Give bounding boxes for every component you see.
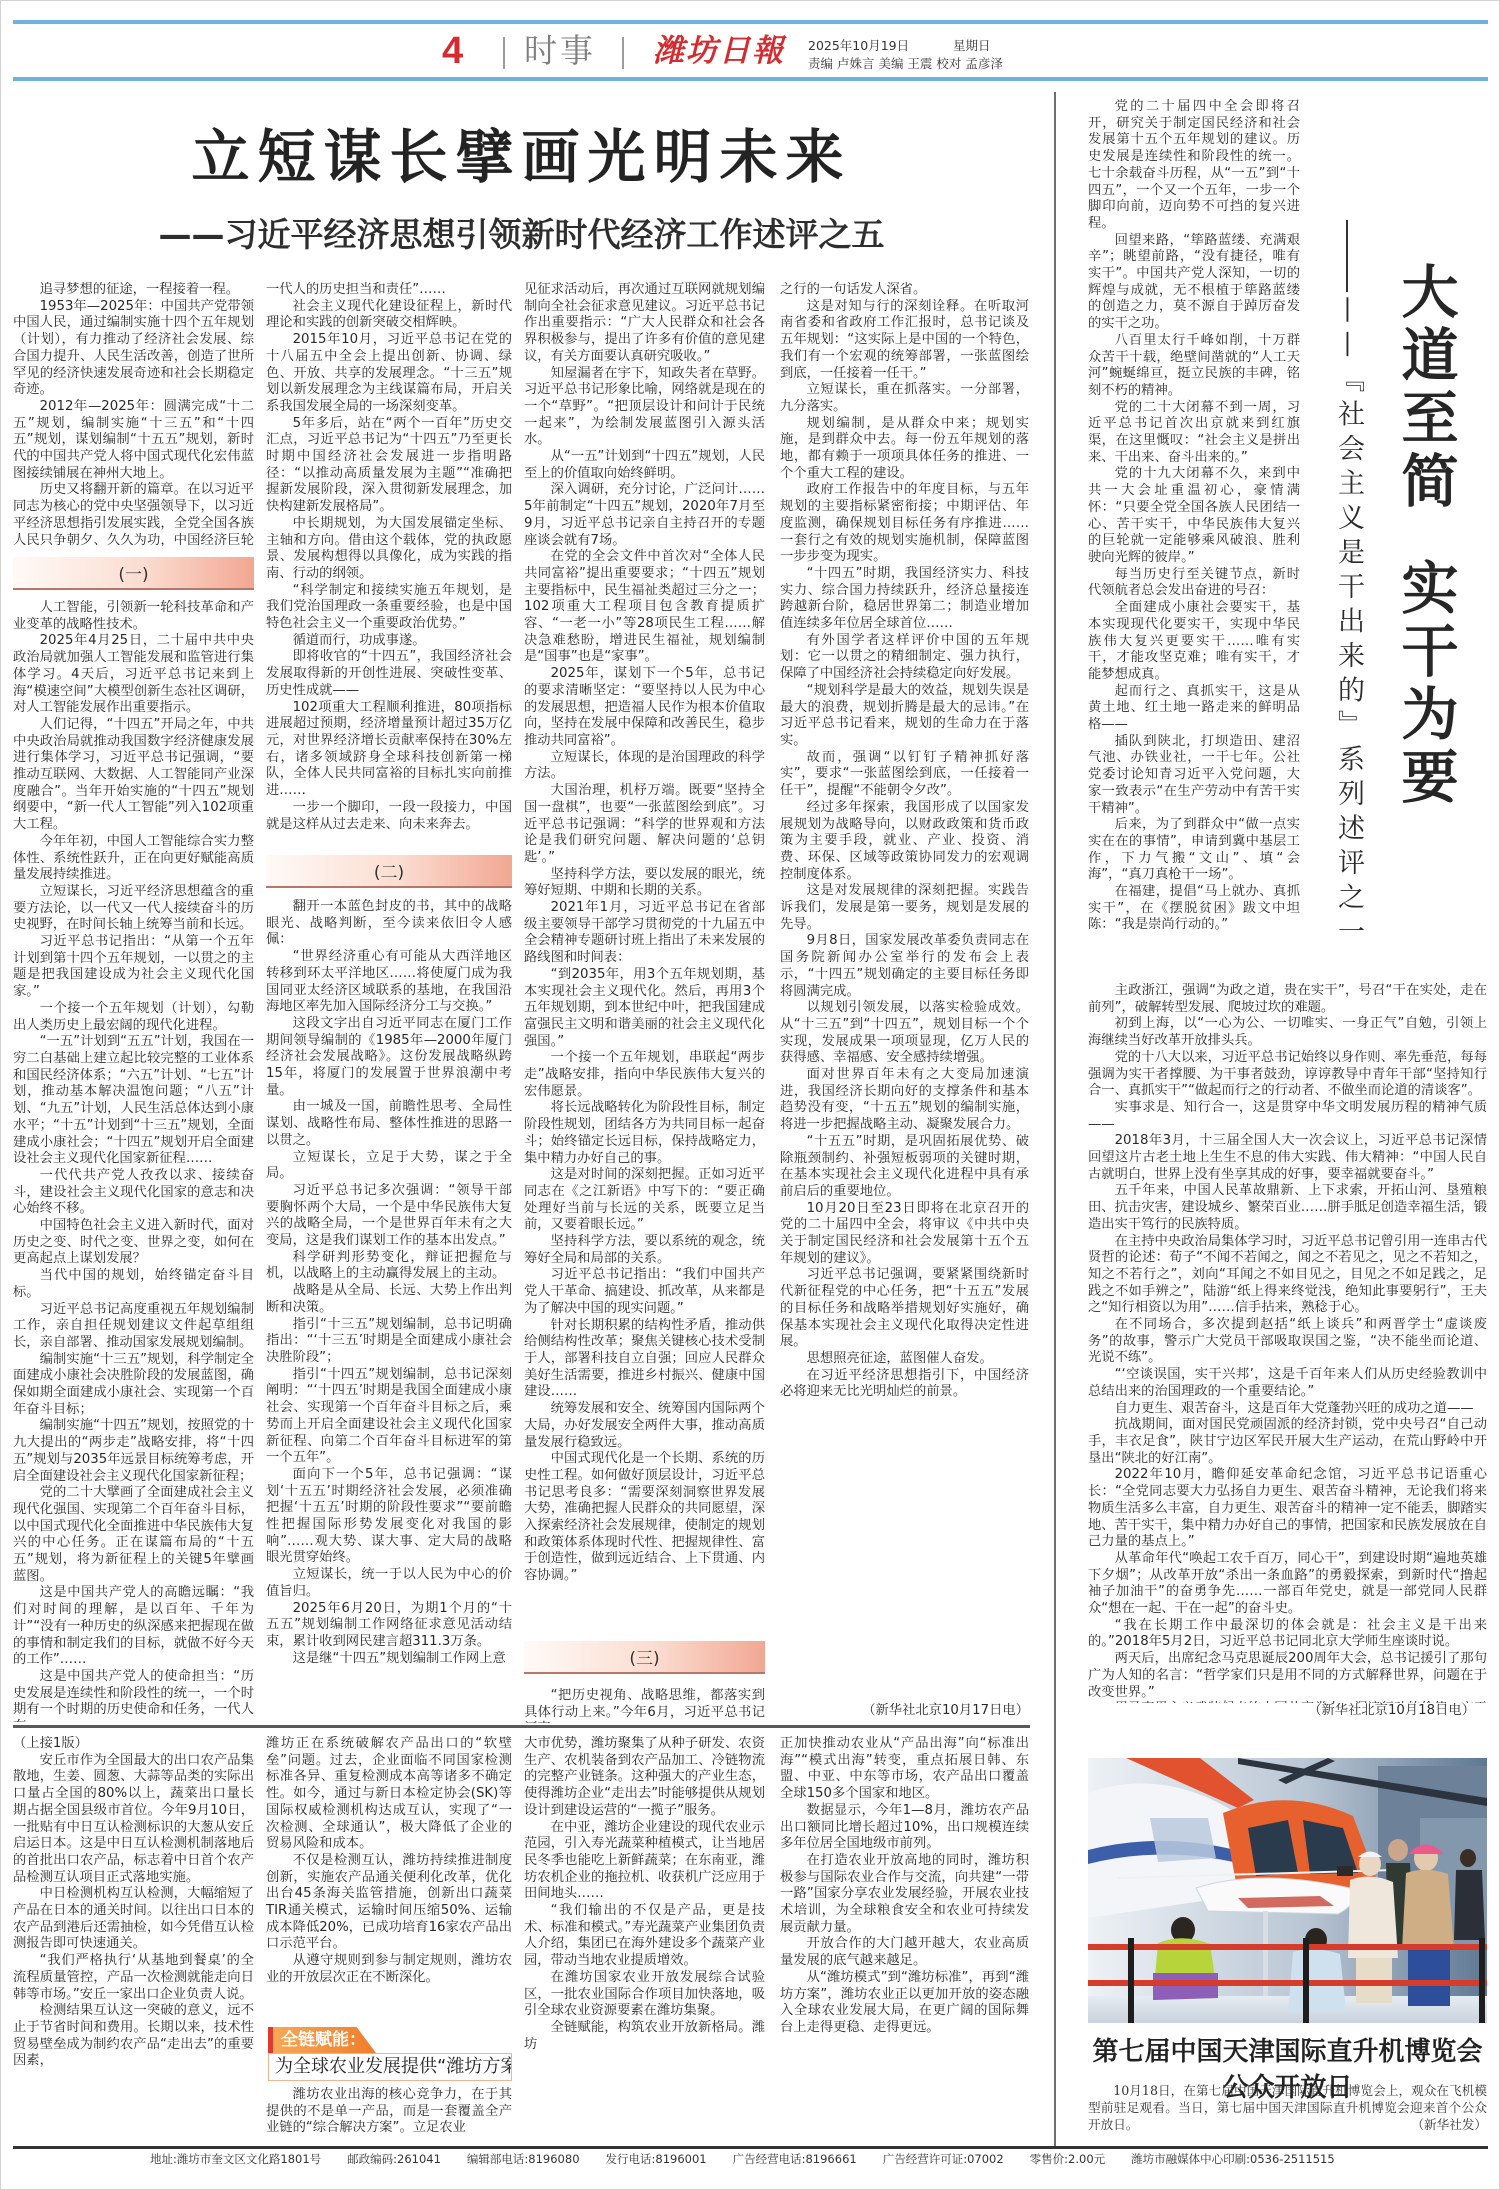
paragraph: “世界经济重心有可能从大西洋地区转移到环太平洋地区……将使厦门成为我国同亚太经济… — [266, 949, 512, 1016]
paragraph: 习近平总书记多次强调：“领导干部要胸怀两个大局，一个是中华民族伟大复兴的战略全局… — [266, 1183, 512, 1250]
article-dateline: （新华社北京10月17日电） — [780, 1703, 1029, 1720]
paragraph: 见征求活动后，再次通过互联网就规划编制向全社会征求意见建议。习近平总书记作出重要… — [524, 282, 765, 366]
article-column: 追寻梦想的征途，一程接着一程。1953年—2025年：中国共产党带领中国人民，通… — [13, 282, 254, 546]
paragraph: 历史又将翻开新的篇章。在以习近平同志为核心的党中央坚强领导下，以习近平经济思想指… — [13, 482, 254, 546]
article-column: （上接1版）安丘市作为全国最大的出口农产品集散地，生姜、圆葱、大蒜等品类的实际出… — [13, 1736, 254, 2136]
header-bottom-rule — [13, 77, 1488, 81]
paragraph: 2025年6月20日，为期1个月的“十五五”规划编制工作网络征求意见活动结束，累… — [266, 1601, 512, 1651]
article-column: 潍坊农业出海的核心竞争力，在于其提供的不是单一产品，而是一套覆盖全产业链的“综合… — [266, 2087, 512, 2138]
paragraph: 潍坊正在系统破解农产品出口的“软壁垒”问题。过去，企业面临不同国家检测标准各异、… — [266, 1736, 512, 1853]
paragraph: 2025年4月25日，二十届中共中央政治局就加强人工智能发展和监管进行集体学习。… — [13, 633, 254, 717]
paragraph: 每当历史行至关键节点，新时代领航者总会发出奋进的号召： — [1088, 567, 1300, 600]
paragraph: 习近平总书记指出：“我们中国共产党人干革命、搞建设、抓改革，从来都是为了解决中国… — [524, 1267, 765, 1317]
header-top-rule — [13, 20, 1488, 24]
paragraph: 这是中国共产党人的使命担当：“历史发展是连续性和阶段性的统一，一个时期有一个时期… — [13, 1669, 254, 1722]
paragraph: （上接1版） — [13, 1736, 254, 1753]
paragraph: 知屋漏者在宇下，知政失者在草野。习近平总书记形象比喻，网络就是现在的一个“草野”… — [524, 366, 765, 450]
article-column: “把历史视角、战略思维，都落实到具体行动上来。”今年6月，习近平总书记河南 — [524, 1688, 765, 1723]
paragraph: 规划编制，是从群众中来；规划实施，是到群众中去。每一份五年规划的落地，都有赖于一… — [780, 416, 1029, 483]
main-subheadline: ——习近平经济思想引领新时代经济工作述评之五 — [13, 215, 1030, 255]
paragraph: 从遵守规则到参与制定规则，潍坊农业的开放层次正在不断深化。 — [266, 1953, 512, 1986]
paragraph: 一代人的历史担当和责任”…… — [266, 282, 512, 299]
paragraph: 这是对时间的深刻把握。正如习近平同志在《之江新语》中写下的：“要正确处理好当前与… — [524, 1167, 765, 1234]
paragraph: 大国治理，机杼万端。既要“坚持全国一盘棋”，也要“一张蓝图绘到底”。习近平总书记… — [524, 783, 765, 867]
paragraph: 经过多年探索，我国形成了以国家发展规划为战略导向，以财政政策和货币政策为主要手段… — [780, 800, 1029, 884]
paragraph: “我们输出的不仅是产品，更是技术、标准和模式。”寿光蔬菜产业集团负责人介绍，集团… — [524, 1903, 765, 1970]
subtitle-dash-rule — [1346, 220, 1348, 292]
article-column: 潍坊正在系统破解农产品出口的“软壁垒”问题。过去，企业面临不同国家检测标准各异、… — [266, 1736, 512, 2022]
paragraph: 追寻梦想的征途，一程接着一程。 — [13, 282, 254, 299]
paragraph: 由一城及一国，前瞻性思考、全局性谋划、战略性布局、整体性推进的思路一以贯之。 — [266, 1099, 512, 1149]
section-header: (三) — [524, 1641, 765, 1674]
paragraph: 党的十八大以来，习近平总书记始终以身作则、率先垂范，每每强调为实干者撑腰、为干事… — [1088, 1050, 1487, 1100]
article-column: 正加快推动农业从“产品出海”向“标准出海”“模式出海”转变，重点拓展日韩、东盟、… — [780, 1736, 1029, 2136]
side-article-dateline: （新华社北京10月18日电） — [1088, 1703, 1475, 1720]
paragraph: 自力更生、艰苦奋斗，这是百年大党蓬勃兴旺的成功之道—— — [1088, 1401, 1487, 1418]
paragraph: 一代代共产党人孜孜以求、接续奋斗，建设社会主义现代化国家的意志和决心始终不移。 — [13, 1168, 254, 1218]
paragraph: 今年年初，中国人工智能综合实力整体性、系统性跃升，正在向更好赋能高质量发展持续推… — [13, 834, 254, 884]
paragraph: “我们严格执行‘从基地到餐桌’的全流程质量管控，产品一次检测就能走向日韩等市场。… — [13, 1953, 254, 2003]
paragraph: 安丘市作为全国最大的出口农产品集散地，生姜、圆葱、大蒜等品类的实际出口量占全国的… — [13, 1753, 254, 1887]
paragraph: 人工智能，引领新一轮科技革命和产业变革的战略性技术。 — [13, 600, 254, 633]
paragraph: 在潍坊国家农业开放发展综合试验区，一批农业国际合作项目加快落地，吸引全球农业资源… — [524, 1970, 765, 2020]
paragraph: 2015年10月，习近平总书记在党的十八届五中全会上提出创新、协调、绿色、开放、… — [266, 332, 512, 416]
paragraph: “到2035年，用3个五年规划期，基本实现社会主义现代化。然后，再用3个五年规划… — [524, 967, 765, 1051]
paragraph: 即将收官的“十四五”，我国经济社会发展取得新的开创性进展、突破性变革、历史性成就… — [266, 649, 512, 699]
paragraph: 翻开一本蓝色封皮的书，其中的战略眼光、战略判断，至今读来依旧令人感佩： — [266, 899, 512, 949]
main-headline: 立短谋长擘画光明未来 — [13, 122, 1030, 192]
paragraph: 这是对发展规律的深刻把握。实践告诉我们，发展是第一要务，规划是发展的先导。 — [780, 883, 1029, 933]
paragraph: 有外国学者这样评价中国的五年规划：它一以贯之的精细制定、强力执行，保障了中国经济… — [780, 633, 1029, 683]
paragraph: 抗战期间，面对国民党顽固派的经济封锁，党中央号召“自己动手，丰衣足食”，陕甘宁边… — [1088, 1417, 1487, 1467]
paragraph: 在打造农业开放高地的同时，潍坊积极参与国际农业合作与交流，向共建“一带一路”国家… — [780, 1853, 1029, 1937]
footer-item: 编辑部电话:8196080 — [467, 2152, 580, 2166]
paragraph: 中长期规划，为大国发展锚定坐标、主轴和方向。借由这个载体，党的执政愿景、发展构想… — [266, 516, 512, 583]
article-column: 人工智能，引领新一轮科技革命和产业变革的战略性技术。2025年4月25日，二十届… — [13, 600, 254, 1722]
paragraph: 2012年—2025年：圆满完成“十二五”规划，编制实施“十三五”和“十四五”规… — [13, 399, 254, 483]
paragraph: 立短谋长，重在抓落实。一分部署，九分落实。 — [780, 382, 1029, 415]
paragraph: 人们记得，“十四五”开局之年，中共中央政治局就推动我国数字经济健康发展进行集体学… — [13, 717, 254, 834]
section-header: (二) — [266, 855, 512, 888]
side-article-headline-part2: 实干为要 — [1395, 558, 1455, 810]
article-column: 翻开一本蓝色封皮的书，其中的战略眼光、战略判断，至今读来依旧令人感佩：“世界经济… — [266, 899, 512, 1722]
paragraph: 习近平总书记指出：“从第一个五年计划到第十四个五年规划，一以贯之的主题是把我国建… — [13, 934, 254, 1001]
paragraph: 立短谋长，习近平经济思想蕴含的重要方法论，以一代又一代人接续奋斗的历史视野，在时… — [13, 884, 254, 934]
paragraph: 之行的一句话发人深省。 — [780, 282, 1029, 299]
paragraph: 后来，为了到群众中“做一点实实在在的事情”，申请到冀中基层工作，下力气搬“文山”… — [1088, 817, 1300, 884]
side-article-column: 主政浙江，强调“为政之道，贵在实干”，号召“干在实处，走在前列”，破解转型发展、… — [1088, 983, 1487, 1703]
paragraph: “一五”计划到“五五”计划，我国在一穷二白基础上建立起比较完整的工业体系和国民经… — [13, 1034, 254, 1168]
article-separator-rule — [13, 1725, 1030, 1728]
paragraph: 全链赋能，构筑农业开放新格局。潍坊 — [524, 2020, 765, 2053]
paragraph: 2022年10月，瞻仰延安革命纪念馆，习近平总书记语重心长：“全党同志要大力弘扬… — [1088, 1467, 1487, 1551]
paragraph: 2025年，谋划下一个5年，总书记的要求清晰坚定：“要坚持以人民为中心的发展思想… — [524, 666, 765, 750]
footer-item: 广告经营电话:8196661 — [733, 2152, 857, 2166]
paragraph: 编制实施“十三五”规划，科学制定全面建成小康社会决胜阶段的发展蓝图，确保如期全面… — [13, 1352, 254, 1419]
paragraph: 从革命年代“唤起工农千百万，同心干”，到建设时期“遍地英雄下夕烟”；从改革开放“… — [1088, 1551, 1487, 1618]
paragraph: 故而，强调“以钉钉子精神抓好落实”，要求“一张蓝图绘到底，一任接着一任干”，提醒… — [780, 750, 1029, 800]
paragraph: 立短谋长，统一于以人民为中心的价值旨归。 — [266, 1567, 512, 1600]
news-photo — [1088, 1758, 1487, 2023]
paragraph: 回望来路，“筚路蓝缕、充满艰辛”；眺望前路，“没有捷径，唯有实干”。中国共产党人… — [1088, 233, 1300, 333]
paragraph: 坚持科学方法，要以发展的眼光，统筹好短期、中期和长期的关系。 — [524, 867, 765, 900]
newspaper-logo: 潍坊日報 — [653, 31, 785, 71]
paragraph: 插队到陕北，打坝造田、建沼气池、办铁业社，一干七年。公社党委讨论知青习近平入党问… — [1088, 734, 1300, 818]
paragraph: “把历史视角、战略思维，都落实到具体行动上来。”今年6月，习近平总书记河南 — [524, 1688, 765, 1723]
paragraph: 循道而行，功成事遂。 — [266, 633, 512, 650]
paragraph: 102项重大工程顺利推进，80项指标进展超过预期，经济增量预计超过35万亿元，对… — [266, 700, 512, 800]
paragraph: 当代中国的规划，始终锚定奋斗目标。 — [13, 1268, 254, 1301]
paragraph: 社会主义现代化建设征程上，新时代理论和实践的创新突破交相辉映。 — [266, 299, 512, 332]
paragraph: “科学制定和接续实施五年规划，是我们党治国理政一条重要经验，也是中国特色社会主义… — [266, 583, 512, 633]
paragraph: 数据显示，今年1—8月，潍坊农产品出口额同比增长超过10%，出口规模连续多年位居… — [780, 1803, 1029, 1853]
paragraph: 从“潍坊模式”到“潍坊标准”，再到“潍坊方案”，潍坊农业正以更加开放的姿态融入全… — [780, 1970, 1029, 2037]
footer-rule — [13, 2146, 1488, 2149]
paragraph: 在习近平经济思想指引下，中国经济必将迎来无比光明灿烂的前景。 — [780, 1368, 1029, 1401]
paragraph: “十四五”时期，我国经济实力、科技实力、综合国力持续跃升，经济总量接连跨越新台阶… — [780, 566, 1029, 633]
paragraph: 一步一个脚印，一段一段接力，中国就是这样从过去走来、向未来奔去。 — [266, 800, 512, 833]
paragraph: 在不同场合，多次提到赵括“纸上谈兵”和两晋学士“虚谈废务”的故事，警示广大党员干… — [1088, 1317, 1487, 1367]
paragraph: 9月8日，国家发展改革委负责同志在国务院新闻办公室举行的发布会上表示，“十四五”… — [780, 933, 1029, 1000]
section-header: (一) — [13, 557, 254, 590]
subhead-title: 为全球农业发展提供“潍坊方案” — [268, 2053, 512, 2081]
column-divider — [1054, 92, 1056, 2146]
paragraph: “‘空谈误国，实干兴邦’，这是千百年来人们从历史经验教训中总结出来的治国理政的一… — [1088, 1367, 1487, 1400]
issue-date: 2025年10月19日 — [808, 38, 909, 53]
footer-item: 地址:潍坊市奎文区文化路1801号 — [150, 2152, 321, 2166]
editorial-staff: 责编 卢姝言 美编 王震 校对 孟彦泽 — [808, 56, 1003, 71]
paragraph: 从“一五”计划到“十四五”规划，人民至上的价值取向始终鲜明。 — [524, 449, 765, 482]
paragraph: 起而行之、真抓实干，这是从黄土地、红土地一路走来的鲜明品格—— — [1088, 684, 1300, 734]
paragraph: 正加快推动农业从“产品出海”向“标准出海”“模式出海”转变，重点拓展日韩、东盟、… — [780, 1736, 1029, 1803]
paragraph: 检测结果互认这一突破的意义，远不止于节省时间和费用。长期以来，技术性贸易壁垒成为… — [13, 2003, 254, 2070]
paragraph: 思想照亮征途，蓝图催人奋发。 — [780, 1351, 1029, 1368]
paragraph: 不仅是检测互认，潍坊持续推进制度创新，实施农产品通关便利化改革，优化出台45条海… — [266, 1853, 512, 1953]
paragraph: 统筹发展和安全、统筹国内国际两个大局，办好发展安全两件大事，推动高质量发展行稳致… — [524, 1401, 765, 1451]
paragraph: 将长远战略转化为阶段性目标，制定阶段性规划，团结各方为共同目标一起奋斗；始终锚定… — [524, 1100, 765, 1167]
side-article-headline-part1: 大道至简 — [1395, 262, 1455, 514]
article-column: 见征求活动后，再次通过互联网就规划编制向全社会征求意见建议。习近平总书记作出重要… — [524, 282, 765, 1634]
paragraph: 全面建成小康社会要实干，基本实现现代化要实干，实现中华民族伟大复兴更要实干……唯… — [1088, 600, 1300, 684]
paragraph: 在中亚，潍坊企业建设的现代农业示范园，引入寿光蔬菜种植模式，让当地居民冬季也能吃… — [524, 1820, 765, 1904]
paragraph: 立短谋长，体现的是治国理政的科学方法。 — [524, 750, 765, 783]
footer-item: 发行电话:8196001 — [606, 2152, 707, 2166]
paragraph: 党的二十大擘画了全面建成社会主义现代化强国、实现第二个百年奋斗目标，以中国式现代… — [13, 1485, 254, 1585]
paragraph: 科学研判形势变化，辩证把握危与机，以战略上的主动赢得发展上的主动。 — [266, 1250, 512, 1283]
paragraph: 大市优势，潍坊聚集了从种子研发、农资生产、农机装备到农产品加工、冷链物流的完整产… — [524, 1736, 765, 1820]
paragraph: 两天后，出席纪念马克思诞辰200周年大会，总书记援引了那句广为人知的名言：“哲学… — [1088, 1651, 1487, 1701]
paragraph: 中国特色社会主义进入新时代，面对历史之变、时代之变、世界之变，如何在更高起点上谋… — [13, 1218, 254, 1268]
paragraph: 面向下一个5年，总书记强调：“谋划‘十五五’时期经济社会发展，必须准确把握‘十五… — [266, 1467, 512, 1567]
paragraph: 初到上海，以“一心为公、一切唯实、一身正气”自勉，引领上海继续当好改革开放排头兵… — [1088, 1016, 1487, 1049]
paragraph: 针对长期积累的结构性矛盾，推动供给侧结构性改革；聚焦关键核心技术受制于人，部署科… — [524, 1318, 765, 1402]
article-column: 一代人的历史担当和责任”……社会主义现代化建设征程上，新时代理论和实践的创新突破… — [266, 282, 512, 846]
paragraph: 党的二十届四中全会即将召开，研究关于制定国民经济和社会发展第十五个五年规划的建议… — [1088, 99, 1300, 233]
paragraph: 习近平总书记强调，要紧紧围绕新时代新征程党的中心任务，把“十五五”发展的目标任务… — [780, 1267, 1029, 1351]
paragraph: 这段文字出自习近平同志在厦门工作期间领导编制的《1985年—2000年厦门经济社… — [266, 1016, 512, 1100]
paragraph: 2021年1月，习近平总书记在省部级主要领导干部学习贯彻党的十九届五中全会精神专… — [524, 900, 765, 967]
helicopter-expo-photo-illustration — [1088, 1758, 1487, 2023]
paragraph: 这是中国共产党人的高瞻远瞩：“我们对时间的理解，是以百年、千年为计”“没有一种历… — [13, 1585, 254, 1669]
paragraph: 面对世界百年未有之大变局加速演进，我国经济长期向好的支撑条件和基本趋势没有变，“… — [780, 1067, 1029, 1134]
paragraph: 中国式现代化是一个长期、系统的历史性工程。如何做好顶层设计，习近平总书记思考良多… — [524, 1451, 765, 1585]
paragraph: 5年多后，站在“两个一百年”历史交汇点，习近平总书记为“十四五”乃至更长时期中国… — [266, 416, 512, 516]
footer-item: 潍坊市融媒体中心印刷:0536-2511515 — [1131, 2152, 1335, 2166]
page-number: 4 — [442, 31, 463, 71]
paragraph: 党的十九大闭幕不久，来到中共一大会址重温初心，豪情满怀：“只要全党全国各族人民团… — [1088, 466, 1300, 566]
photo-credit: （新华社发） — [1411, 2117, 1487, 2134]
paragraph: 一个接一个五年规划，串联起“两步走”战略安排，指向中华民族伟大复兴的宏伟愿景。 — [524, 1050, 765, 1100]
paragraph: 1953年—2025年：中国共产党带领中国人民，通过编制实施十四个五年规划（计划… — [13, 299, 254, 399]
footer-item: 零售价:2.00元 — [1030, 2152, 1105, 2166]
paragraph: 中日检测机构互认检测，大幅缩短了产品在日本的通关时间。以往出口日本的农产品到港后… — [13, 1886, 254, 1953]
paragraph: 在党的全会文件中首次对“全体人民共同富裕”提出重要要求；“十四五”规划主要指标中… — [524, 549, 765, 666]
header-divider — [503, 37, 505, 69]
side-article-series-subtitle: ——『社会主义是干出来的』系列述评之一 — [1332, 296, 1364, 952]
paragraph: “规划科学是最大的效益，规划失误是最大的浪费，规划折腾是最大的忌讳。”在习近平总… — [780, 683, 1029, 750]
side-article-column: 党的二十届四中全会即将召开，研究关于制定国民经济和社会发展第十五个五年规划的建议… — [1088, 99, 1300, 975]
paragraph: 习近平总书记高度重视五年规划编制工作，亲自担任规划建议文件起草组组长，亲自部署、… — [13, 1302, 254, 1352]
paragraph: 主政浙江，强调“为政之道，贵在实干”，号召“干在实处，走在前列”，破解转型发展、… — [1088, 983, 1487, 1016]
footer-item: 邮政编码:261041 — [347, 2152, 441, 2166]
photo-caption: 10月18日，在第七届中国天津国际直升机博览会上，观众在飞机模型前驻足观看。当日… — [1088, 2083, 1487, 2133]
paragraph: 政府工作报告中的年度目标，与五年规划的主要指标紧密衔接；中期评估、年度监测，确保… — [780, 482, 1029, 566]
paragraph: 深入调研，充分讨论，广泛问计……5年前制定“十四五”规划，2020年7月至9月，… — [524, 482, 765, 549]
footer-item: 广告经营许可证:07002 — [883, 2152, 1004, 2166]
issue-weekday: 星期日 — [953, 38, 991, 53]
footer-info: 地址:潍坊市奎文区文化路1801号邮政编码:261041编辑部电话:819608… — [150, 2152, 1350, 2166]
paragraph: “我在长期工作中最深切的体会就是：社会主义是干出来的。”2018年5月2日，习近… — [1088, 1618, 1487, 1651]
paragraph: 开放合作的大门越开越大，农业高质量发展的底气越来越足。 — [780, 1936, 1029, 1969]
paragraph: 10月20日至23日即将在北京召开的党的二十届四中全会，将审议《中共中央关于制定… — [780, 1201, 1029, 1268]
article-column: 大市优势，潍坊聚集了从种子研发、农资生产、农机装备到农产品加工、冷链物流的完整产… — [524, 1736, 765, 2136]
paragraph: 在主持中央政治局集体学习时，习近平总书记曾引用一连串古代贤哲的论述：荀子“不闻不… — [1088, 1234, 1487, 1318]
paragraph: 以规划引领发展，以落实检验成效。从“十三五”到“十四五”，规划目标一个个实现，发… — [780, 1000, 1029, 1067]
paragraph: 2018年3月，十三届全国人大一次会议上，习近平总书记深情回望这片古老土地上生生… — [1088, 1133, 1487, 1183]
paragraph: 五千年来，中国人民革故鼎新、上下求索，开拓山河、垦殖粮田、抗击灾害，建设城乡、繁… — [1088, 1183, 1487, 1233]
paragraph: 实事求是、知行合一，这是贯穿中华文明发展历程的精神气质—— — [1088, 1100, 1487, 1133]
paragraph: 党的二十大闭幕不到一周，习近平总书记首次出京就来到红旗渠，在这里慨叹：“社会主义… — [1088, 400, 1300, 467]
paragraph: 潍坊农业出海的核心竞争力，在于其提供的不是单一产品，而是一套覆盖全产业链的“综合… — [266, 2087, 512, 2137]
header-divider — [622, 37, 624, 69]
article-column: 之行的一句话发人深省。这是对知与行的深刻诠释。在听取河南省委和省政府工作汇报时，… — [780, 282, 1029, 1702]
paragraph: 一个接一个五年规划（计划），勾勒出人类历史上最宏阔的现代化进程。 — [13, 1001, 254, 1034]
paragraph: 坚持科学方法，要以系统的观念，统筹好全局和局部的关系。 — [524, 1234, 765, 1267]
paragraph: 这是继“十四五”规划编制工作网上意 — [266, 1651, 512, 1668]
paragraph: 战略是从全局、长远、大势上作出判断和决策。 — [266, 1283, 512, 1316]
paragraph: 这是对知与行的深刻诠释。在听取河南省委和省政府工作汇报时，总书记谈及五年规划：“… — [780, 299, 1029, 383]
section-name: 时事 — [524, 31, 596, 71]
paragraph: 指引“十四五”规划编制，总书记深刻阐明：“‘十四五’时期是我国全面建成小康社会、… — [266, 1367, 512, 1467]
paragraph: 编制实施“十四五”规划，按照党的十九大提出的“两步走”战略安排，将“十四五”规划… — [13, 1418, 254, 1485]
paragraph: “十五五”时期，是巩固拓展优势、破除瓶颈制约、补强短板弱项的关键时期，在基本实现… — [780, 1134, 1029, 1201]
paragraph: 在福建，提倡“马上就办、真抓实干”，在《摆脱贫困》跋文中坦陈：“我是崇尚行动的。… — [1088, 884, 1300, 934]
paragraph: 指引“十三五”规划编制，总书记明确指出：“‘十三五’时期是全面建成小康社会决胜阶… — [266, 1317, 512, 1367]
paragraph: 八百里太行千峰如削，十万群众苦干十载，绝壁间凿就的“人工天河”蜿蜒绵亘，挺立民族… — [1088, 333, 1300, 400]
paragraph: 立短谋长，立足于大势，谋之于全局。 — [266, 1150, 512, 1183]
